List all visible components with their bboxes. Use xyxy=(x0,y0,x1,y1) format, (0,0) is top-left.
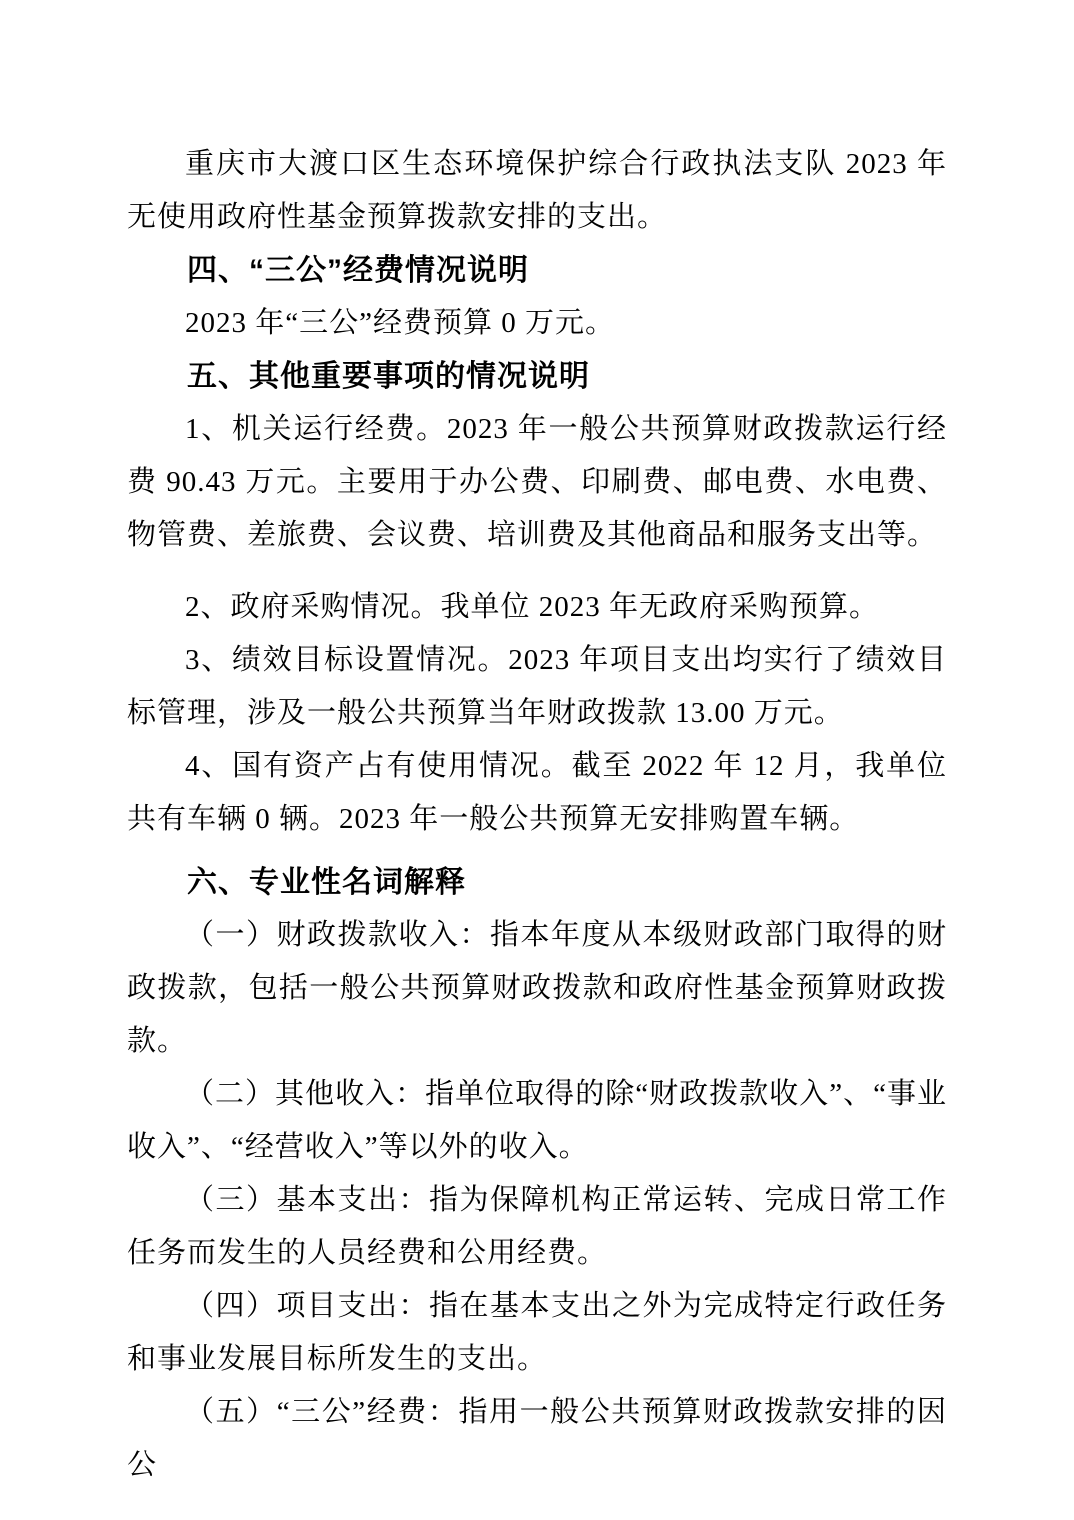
term-other-income: （二）其他收入：指单位取得的除“财政拨款收入”、“事业收入”、“经营收入”等以外… xyxy=(127,1068,947,1174)
paragraph-performance-targets: 3、绩效目标设置情况。2023 年项目支出均实行了绩效目标管理，涉及一般公共预算… xyxy=(127,634,947,740)
section-heading-six-terminology: 六、专业性名词解释 xyxy=(127,856,947,909)
paragraph-three-public-budget-amount: 2023 年“三公”经费预算 0 万元。 xyxy=(127,297,947,350)
term-three-public-funds: （五）“三公”经费：指用一般公共预算财政拨款安排的因公 xyxy=(127,1386,947,1492)
paragraph-state-owned-assets: 4、国有资产占有使用情况。截至 2022 年 12 月，我单位共有车辆 0 辆。… xyxy=(127,740,947,846)
paragraph-government-procurement: 2、政府采购情况。我单位 2023 年无政府采购预算。 xyxy=(127,581,947,634)
paragraph-agency-operating-expenses: 1、机关运行经费。2023 年一般公共预算财政拨款运行经费 90.43 万元。主… xyxy=(127,403,947,562)
section-heading-four-three-public-funds: 四、“三公”经费情况说明 xyxy=(127,244,947,297)
paragraph-no-gov-fund-expenditure: 重庆市大渡口区生态环境保护综合行政执法支队 2023 年无使用政府性基金预算拨款… xyxy=(127,138,947,244)
section-heading-five-other-important-matters: 五、其他重要事项的情况说明 xyxy=(127,350,947,403)
term-basic-expenditure: （三）基本支出：指为保障机构正常运转、完成日常工作任务而发生的人员经费和公用经费… xyxy=(127,1174,947,1280)
term-project-expenditure: （四）项目支出：指在基本支出之外为完成特定行政任务和事业发展目标所发生的支出。 xyxy=(127,1280,947,1386)
document-page: 重庆市大渡口区生态环境保护综合行政执法支队 2023 年无使用政府性基金预算拨款… xyxy=(0,0,1074,1520)
term-fiscal-appropriation-income: （一）财政拨款收入：指本年度从本级财政部门取得的财政拨款，包括一般公共预算财政拨… xyxy=(127,909,947,1068)
